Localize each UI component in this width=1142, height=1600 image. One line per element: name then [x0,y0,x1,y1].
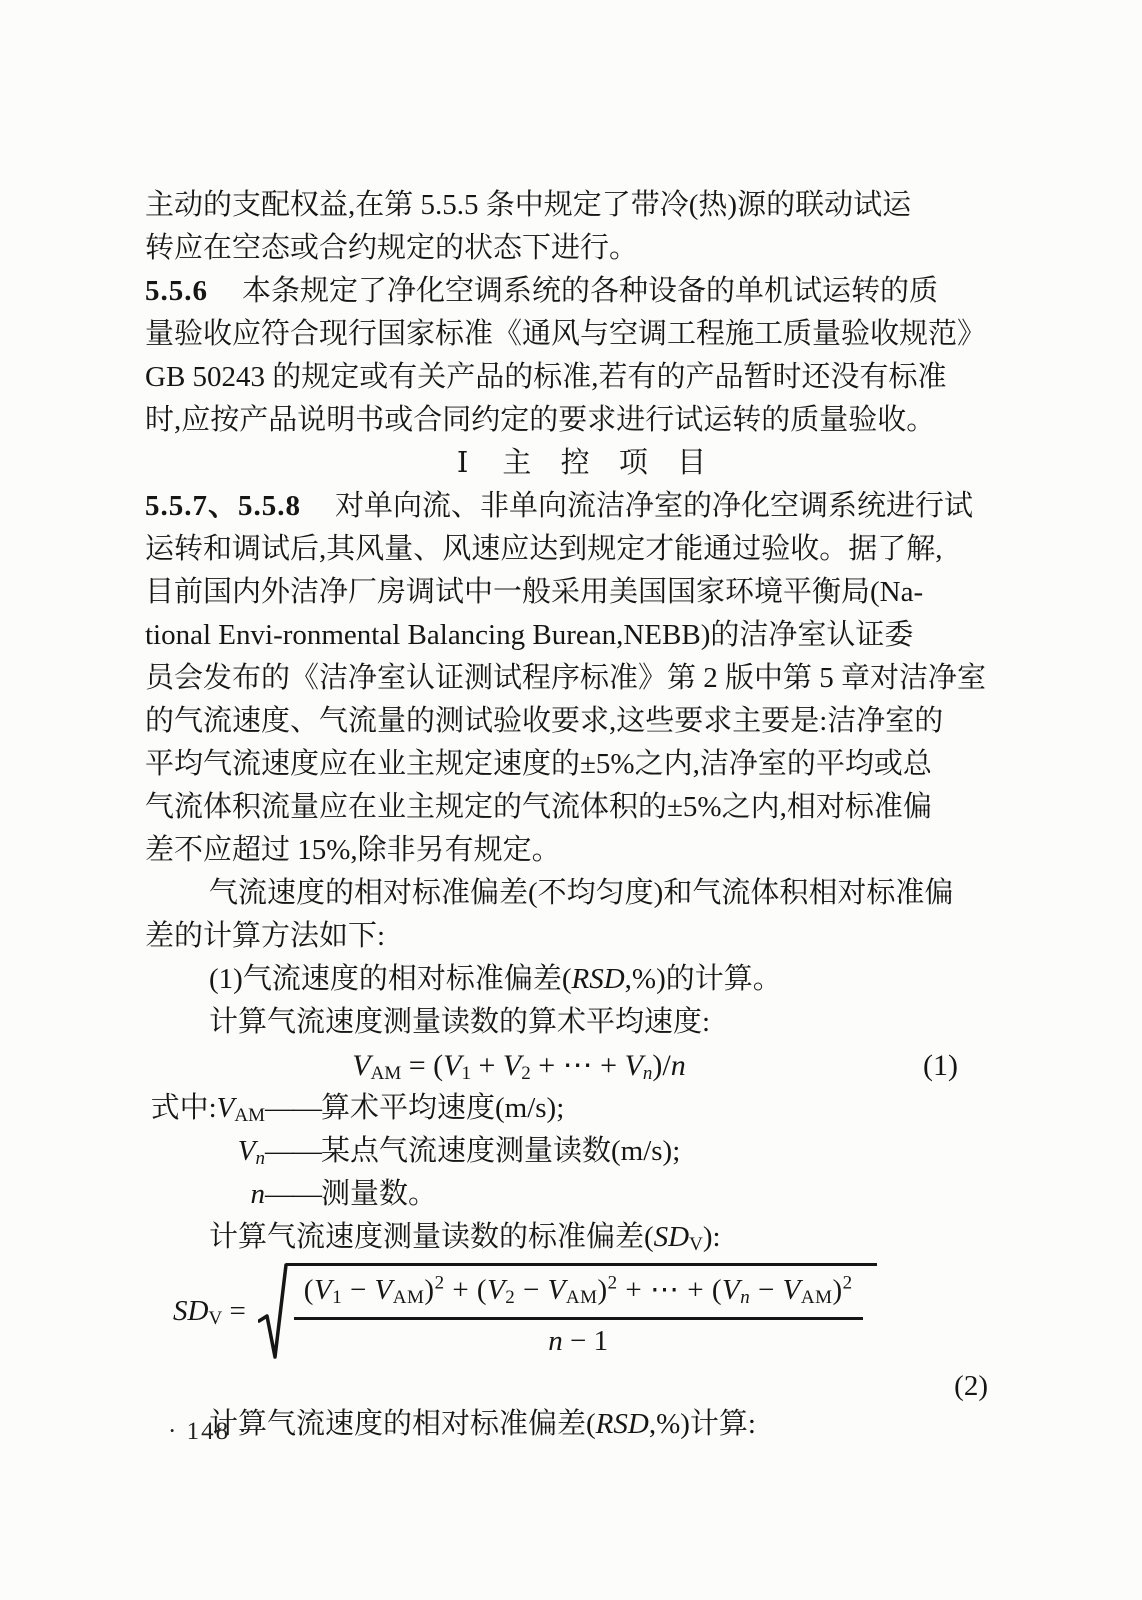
math-sub: n [643,1063,653,1084]
fraction: (V1 − VAM)2 + (V2 − VAM)2 + ⋯ + (Vn − VA… [294,1270,863,1358]
math-op: − [515,1274,547,1306]
def-dash: —— [265,1135,321,1167]
math-op: = ( [401,1049,443,1082]
math-var: V [352,1049,370,1082]
body-line: 气流速度的相对标准偏差(不均匀度)和气流体积相对标准偏 [145,872,988,915]
math-op: )/ [652,1049,670,1082]
math-op: + ( [445,1274,488,1306]
math-var: n [671,1049,686,1082]
math-sub: AM [371,1063,402,1084]
math-op: − [342,1274,374,1306]
item-text: (1)气流速度的相对标准偏差( [209,963,571,995]
body-line: GB 50243 的规定或有关产品的标准,若有的产品暂时还没有标准 [145,356,988,399]
math-sub: AM [801,1287,833,1308]
where-def-row: Vn——某点气流速度测量读数(m/s); [145,1130,988,1173]
math-sub: 1 [332,1287,342,1308]
body-line: 时,应按产品说明书或合同约定的要求进行试运转的质量验收。 [145,399,988,442]
math-var: n [251,1178,266,1210]
def-dash: —— [265,1092,321,1124]
formula-2-lhs: SDV = [173,1295,246,1330]
math-var-sd: SD [654,1221,689,1253]
body-line: 差的计算方法如下: [145,915,988,958]
math-sub: 2 [505,1287,515,1308]
clause-number: 5.5.7、5.5.8 [145,490,301,522]
body-line: 气流体积流量应在业主规定的气流体积的±5%之内,相对标准偏 [145,786,988,829]
math-op: ( [304,1274,314,1306]
math-var: V [217,1092,235,1124]
body-text: ): [703,1221,721,1253]
math-var: V [238,1135,256,1167]
def-term: n [145,1173,265,1216]
where-def-row: 式中:VAM——算术平均速度(m/s); [145,1087,988,1130]
math-var: n [548,1325,563,1357]
math-sub: AM [234,1105,265,1126]
formula-1-body: VAM = (V1 + V2 + ⋯ + Vn)/n [145,1044,893,1087]
math-op: ) [832,1274,842,1306]
math-sup: 2 [435,1272,445,1293]
body-line: 主动的支配权益,在第 5.5.5 条中规定了带冷(热)源的联动试运 [145,184,988,227]
math-op: ) [598,1274,608,1306]
def-dash: —— [265,1178,321,1210]
def-desc: 某点气流速度测量读数(m/s); [321,1135,680,1167]
math-sup: 2 [608,1272,618,1293]
def-desc: 测量数。 [321,1178,437,1210]
body-line: 差不应超过 15%,除非另有规定。 [145,829,988,872]
fraction-denominator: n − 1 [294,1320,863,1358]
math-op: ) [424,1274,434,1306]
page-number: · 148 · [168,1418,249,1446]
body-text: ,%)计算: [649,1408,756,1440]
body-line: 运转和调试后,其风量、风速应达到规定才能通过验收。据了解, [145,528,988,571]
math-var-rsd: RSD [596,1408,649,1440]
clause-text: 本条规定了净化空调系统的各种设备的单机试运转的质 [242,275,938,307]
body-line: 转应在空态或合约规定的状态下进行。 [145,227,988,270]
math-sub: AM [566,1287,598,1308]
section-heading: Ⅰ主 控 项 目 [145,442,988,485]
math-var: V [503,1049,521,1082]
body-text: 计算气流速度测量读数的标准偏差( [209,1221,654,1253]
math-sub: n [256,1148,266,1169]
where-def-row: n——测量数。 [145,1173,988,1216]
section-heading-title: 主 控 项 目 [502,447,706,479]
formula-2: SDV = (V1 − VAM)2 + (V2 − VAM)2 + ⋯ + (V… [145,1263,988,1363]
calc-rsd-line: 计算气流速度的相对标准偏差(RSD,%)计算: [145,1403,988,1446]
math-sub: V [208,1309,222,1330]
body-line: 量验收应符合现行国家标准《通风与空调工程施工质量验收规范》 [145,313,988,356]
body-line: 目前国内外洁净厂房调试中一般采用美国国家环境平衡局(Na- [145,571,988,614]
list-item-1: (1)气流速度的相对标准偏差(RSD,%)的计算。 [145,958,988,1001]
math-var: V [625,1049,643,1082]
math-var: V [548,1274,566,1306]
math-sub: 2 [521,1063,531,1084]
formula-1: VAM = (V1 + V2 + ⋯ + Vn)/n (1) [145,1044,988,1087]
page-content: 主动的支配权益,在第 5.5.5 条中规定了带冷(热)源的联动试运 转应在空态或… [145,184,988,1446]
math-sub: V [689,1234,703,1255]
clause-text: 对单向流、非单向流洁净室的净化空调系统进行试 [335,490,973,522]
math-sub: 1 [461,1063,471,1084]
math-var-rsd: RSD [571,963,624,995]
body-line: 的气流速度、气流量的测试验收要求,这些要求主要是:洁净室的 [145,700,988,743]
body-line: 计算气流速度测量读数的算术平均速度: [145,1001,988,1044]
body-line: 平均气流速度应在业主规定速度的±5%之内,洁净室的平均或总 [145,743,988,786]
section-heading-numeral: Ⅰ [457,447,468,479]
math-var: SD [173,1295,208,1327]
math-sup: 2 [843,1272,853,1293]
calc-sd-line: 计算气流速度测量读数的标准偏差(SDV): [145,1216,988,1259]
math-sub: AM [393,1287,425,1308]
body-line: 员会发布的《洁净室认证测试程序标准》第 2 版中第 5 章对洁净室 [145,657,988,700]
body-line: tional Envi-ronmental Balancing Burean,N… [145,614,988,657]
math-sub: n [740,1287,750,1308]
def-prefix: 式中: [151,1092,217,1124]
radicand: (V1 − VAM)2 + (V2 − VAM)2 + ⋯ + (Vn − VA… [286,1263,877,1363]
document-page: 主动的支配权益,在第 5.5.5 条中规定了带冷(热)源的联动试运 转应在空态或… [0,0,1142,1600]
math-op: = [222,1295,246,1327]
math-var: V [443,1049,461,1082]
body-text: 计算气流速度的相对标准偏差( [209,1408,596,1440]
radical-sign [258,1263,288,1363]
square-root: (V1 − VAM)2 + (V2 − VAM)2 + ⋯ + (Vn − VA… [258,1263,877,1363]
math-var: V [375,1274,393,1306]
math-op: − [750,1274,782,1306]
item-text: ,%)的计算。 [625,963,782,995]
fraction-numerator: (V1 − VAM)2 + (V2 − VAM)2 + ⋯ + (Vn − VA… [294,1270,863,1320]
math-var: V [487,1274,505,1306]
math-op: + ⋯ + [531,1049,625,1082]
math-op: + ⋯ + ( [618,1274,722,1306]
math-var: V [314,1274,332,1306]
formula-1-number: (1) [893,1044,988,1087]
clause-557-first-line: 5.5.7、5.5.8对单向流、非单向流洁净室的净化空调系统进行试 [145,485,988,528]
math-var: V [783,1274,801,1306]
math-op: − 1 [563,1325,608,1357]
clause-556-first-line: 5.5.6本条规定了净化空调系统的各种设备的单机试运转的质 [145,270,988,313]
formula-2-number: (2) [145,1369,988,1403]
clause-number: 5.5.6 [145,275,208,307]
math-op: + [471,1049,503,1082]
math-var: V [722,1274,740,1306]
def-desc: 算术平均速度(m/s); [321,1092,564,1124]
